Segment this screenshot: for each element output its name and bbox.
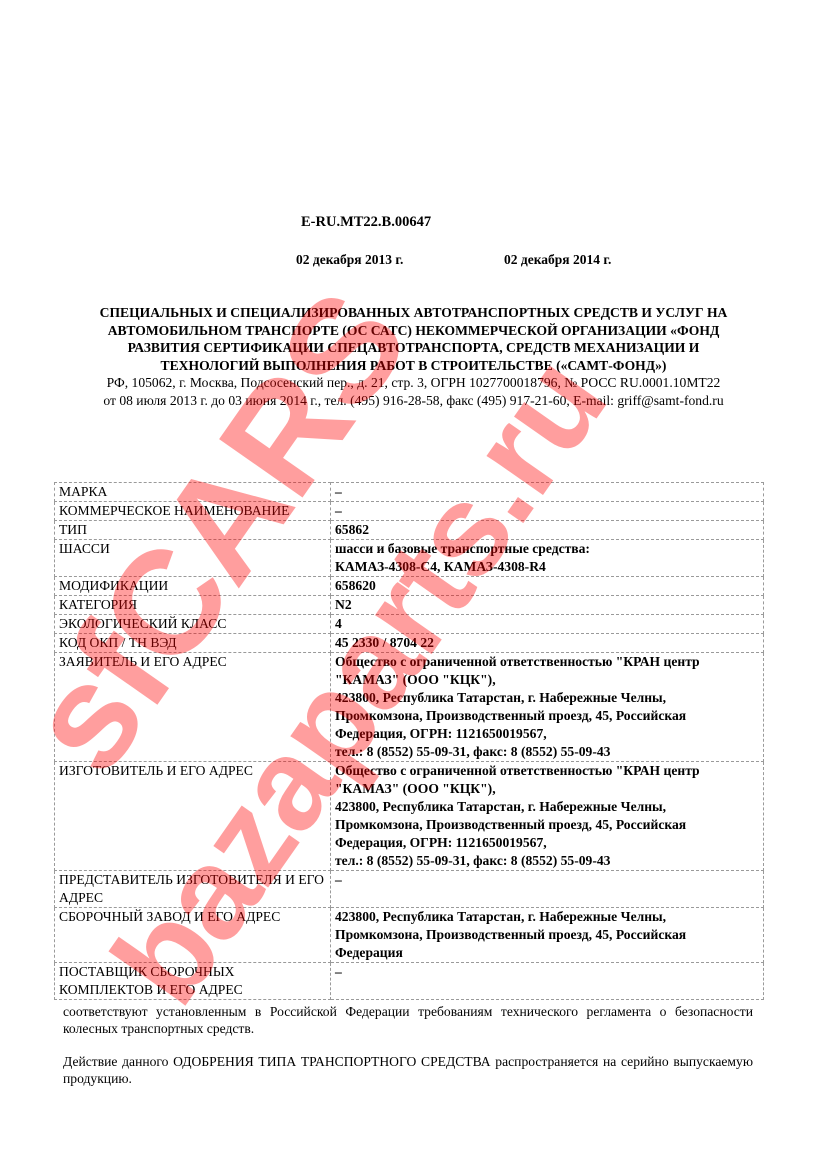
row-value: – [331,502,764,521]
vehicle-spec-table: МАРКА–КОММЕРЧЕСКОЕ НАИМЕНОВАНИЕ–ТИП65862… [54,482,764,1000]
value-line: тел.: 8 (8552) 55-09-31, факс: 8 (8552) … [335,852,759,870]
value-line: шасси и базовые транспортные средства: [335,540,759,558]
value-line: Промкомзона, Производственный проезд, 45… [335,816,759,834]
address-line: РФ, 105062, г. Москва, Подсосенский пер.… [40,374,787,392]
row-label: ШАССИ [55,540,331,577]
value-line: – [335,483,759,501]
row-label: ПРЕДСТАВИТЕЛЬ ИЗГОТОВИТЕЛЯ И ЕГО АДРЕС [55,871,331,908]
value-line: Федерация, ОГРН: 1121650019567, [335,725,759,743]
value-line: – [335,502,759,520]
value-line: Федерация [335,944,759,962]
row-label: СБОРОЧНЫЙ ЗАВОД И ЕГО АДРЕС [55,908,331,963]
row-value: Общество с ограниченной ответственностью… [331,762,764,871]
row-label: ТИП [55,521,331,540]
table-row: ИЗГОТОВИТЕЛЬ И ЕГО АДРЕСОбщество с огран… [55,762,764,871]
row-value: 65862 [331,521,764,540]
row-label: ЭКОЛОГИЧЕСКИЙ КЛАСС [55,615,331,634]
row-label: ПОСТАВЩИК СБОРОЧНЫХ КОМПЛЕКТОВ И ЕГО АДР… [55,963,331,1000]
table-row: ШАССИшасси и базовые транспортные средст… [55,540,764,577]
value-line: "КАМАЗ" (ООО "КЦК"), [335,780,759,798]
value-line: Федерация, ОГРН: 1121650019567, [335,834,759,852]
row-value: Общество с ограниченной ответственностью… [331,653,764,762]
value-line: 65862 [335,521,759,539]
value-line: N2 [335,596,759,614]
row-value: 4 [331,615,764,634]
date-valid-until: 02 декабря 2014 г. [504,252,611,268]
address-line: от 08 июля 2013 г. до 03 июня 2014 г., т… [40,392,787,410]
date-issued: 02 декабря 2013 г. [296,252,403,268]
value-line: Общество с ограниченной ответственностью… [335,762,759,780]
certification-body-address: РФ, 105062, г. Москва, Подсосенский пер.… [40,374,787,409]
row-label: ЗАЯВИТЕЛЬ И ЕГО АДРЕС [55,653,331,762]
row-value: – [331,483,764,502]
table-row: ПРЕДСТАВИТЕЛЬ ИЗГОТОВИТЕЛЯ И ЕГО АДРЕС– [55,871,764,908]
value-line: 423800, Республика Татарстан, г. Набереж… [335,689,759,707]
table-row: МОДИФИКАЦИИ658620 [55,577,764,596]
value-line: 658620 [335,577,759,595]
value-line: Промкомзона, Производственный проезд, 45… [335,707,759,725]
row-value: шасси и базовые транспортные средства:КА… [331,540,764,577]
value-line: 423800, Республика Татарстан, г. Набереж… [335,908,759,926]
value-line: 45 2330 / 8704 22 [335,634,759,652]
row-value: 45 2330 / 8704 22 [331,634,764,653]
table-row: ЗАЯВИТЕЛЬ И ЕГО АДРЕСОбщество с ограниче… [55,653,764,762]
compliance-statement: соответствуют установленным в Российской… [63,1003,753,1037]
table-row: ПОСТАВЩИК СБОРОЧНЫХ КОМПЛЕКТОВ И ЕГО АДР… [55,963,764,1000]
table-row: МАРКА– [55,483,764,502]
table-row: ЭКОЛОГИЧЕСКИЙ КЛАСС4 [55,615,764,634]
org-name-line: СПЕЦИАЛЬНЫХ И СПЕЦИАЛИЗИРОВАННЫХ АВТОТРА… [40,304,787,322]
row-label: ИЗГОТОВИТЕЛЬ И ЕГО АДРЕС [55,762,331,871]
table-row: КАТЕГОРИЯN2 [55,596,764,615]
row-label: КАТЕГОРИЯ [55,596,331,615]
value-line: 4 [335,615,759,633]
row-label: МАРКА [55,483,331,502]
value-line: – [335,871,759,889]
row-label: КОММЕРЧЕСКОЕ НАИМЕНОВАНИЕ [55,502,331,521]
scope-statement: Действие данного ОДОБРЕНИЯ ТИПА ТРАНСПОР… [63,1053,753,1087]
value-line: – [335,963,759,981]
table-row: СБОРОЧНЫЙ ЗАВОД И ЕГО АДРЕС423800, Респу… [55,908,764,963]
row-label: МОДИФИКАЦИИ [55,577,331,596]
value-line: Промкомзона, Производственный проезд, 45… [335,926,759,944]
certification-body-name: СПЕЦИАЛЬНЫХ И СПЕЦИАЛИЗИРОВАННЫХ АВТОТРА… [40,304,787,374]
value-line: 423800, Республика Татарстан, г. Набереж… [335,798,759,816]
row-value: N2 [331,596,764,615]
certification-body-block: СПЕЦИАЛЬНЫХ И СПЕЦИАЛИЗИРОВАННЫХ АВТОТРА… [40,304,787,409]
certificate-number: E-RU.MT22.B.00647 [301,214,431,231]
value-line: тел.: 8 (8552) 55-09-31, факс: 8 (8552) … [335,743,759,761]
row-label: КОД ОКП / ТН ВЭД [55,634,331,653]
value-line: "КАМАЗ" (ООО "КЦК"), [335,671,759,689]
value-line: Общество с ограниченной ответственностью… [335,653,759,671]
table-row: КОД ОКП / ТН ВЭД45 2330 / 8704 22 [55,634,764,653]
row-value: 658620 [331,577,764,596]
table-row: ТИП65862 [55,521,764,540]
org-name-line: РАЗВИТИЯ СЕРТИФИКАЦИИ СПЕЦАВТОТРАНСПОРТА… [40,339,787,357]
table-row: КОММЕРЧЕСКОЕ НАИМЕНОВАНИЕ– [55,502,764,521]
row-value: 423800, Республика Татарстан, г. Набереж… [331,908,764,963]
org-name-line: АВТОМОБИЛЬНОМ ТРАНСПОРТЕ (ОС САТС) НЕКОМ… [40,322,787,340]
row-value: – [331,871,764,908]
org-name-line: ТЕХНОЛОГИЙ ВЫПОЛНЕНИЯ РАБОТ В СТРОИТЕЛЬС… [40,357,787,375]
value-line: КАМАЗ-4308-С4, КАМАЗ-4308-R4 [335,558,759,576]
row-value: – [331,963,764,1000]
